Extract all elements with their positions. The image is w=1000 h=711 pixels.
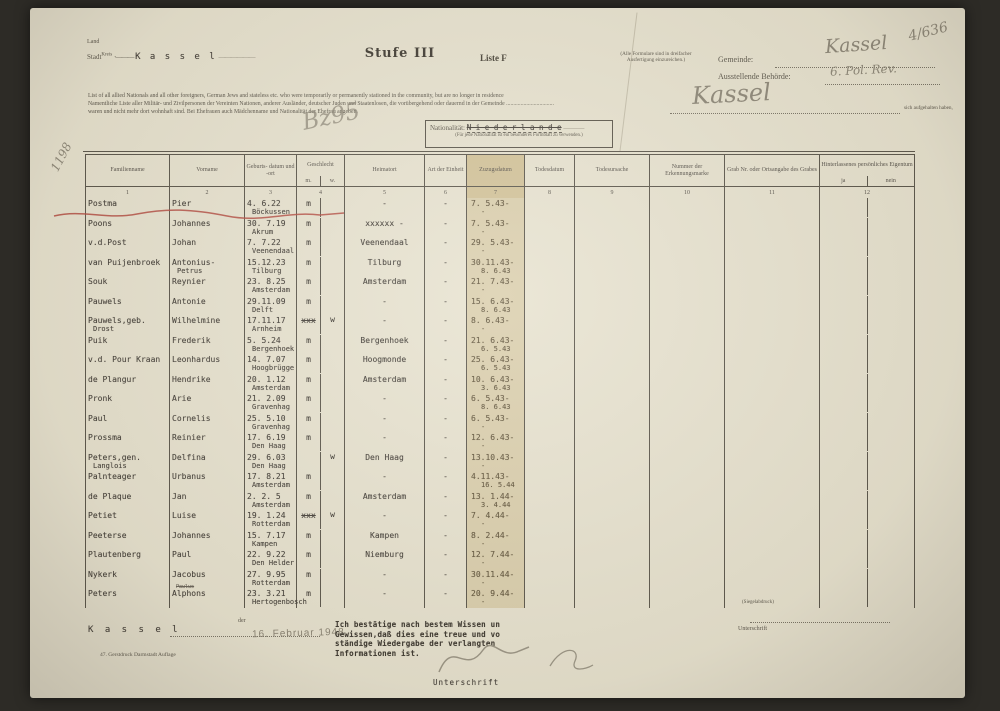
sex-subheader: m.w. bbox=[297, 176, 344, 186]
table-cell: Johan bbox=[170, 237, 245, 257]
sex-m-cell: m bbox=[297, 297, 320, 316]
table-cell bbox=[820, 491, 915, 511]
table-cell bbox=[820, 452, 915, 472]
table-cell: 2. 2. 5Amsterdam bbox=[245, 491, 297, 511]
table-cell bbox=[575, 432, 650, 452]
sex-w-cell: w bbox=[320, 452, 344, 471]
eigentum-ja-cell bbox=[820, 589, 867, 608]
column-number: 2 bbox=[170, 186, 244, 198]
column-number: 4 bbox=[297, 186, 344, 198]
table-cell: 17.11.17Arnheim bbox=[245, 315, 297, 335]
table-header-row: Familienname1Vorname2Geburts- datum und … bbox=[85, 154, 915, 198]
table-cell: 4.11.43-16. 5.44 bbox=[467, 471, 525, 491]
eigentum-nein-cell bbox=[867, 588, 915, 607]
table-cell bbox=[575, 354, 650, 374]
eigentum-nein-cell bbox=[867, 491, 915, 510]
table-cell: - bbox=[425, 569, 467, 589]
table-cell bbox=[725, 296, 820, 316]
table-cell bbox=[525, 569, 575, 589]
sex-m-cell: m bbox=[297, 277, 320, 296]
table-cell: - bbox=[425, 452, 467, 472]
table-cell: 6. 5.43-- bbox=[467, 413, 525, 433]
column-header-label: Art der Einheit bbox=[425, 155, 466, 186]
table-cell: van Puijenbroek bbox=[85, 257, 170, 277]
table-cell: - bbox=[345, 510, 425, 530]
column-header-2: Vorname2 bbox=[170, 155, 245, 198]
table-cell: 10. 6.43-3. 6.43 bbox=[467, 374, 525, 394]
subheader-label: ja bbox=[820, 176, 867, 186]
table-cell: - bbox=[425, 413, 467, 433]
table-cell: m bbox=[297, 569, 345, 589]
table-cell: Kampen bbox=[345, 530, 425, 550]
table-cell bbox=[725, 218, 820, 238]
table-cell bbox=[725, 491, 820, 511]
seal-note: (Siegelabdruck) bbox=[742, 600, 774, 605]
sex-w-cell: w bbox=[320, 510, 344, 529]
subheader-label: m. bbox=[297, 176, 320, 186]
table-cell bbox=[820, 257, 915, 277]
column-number: 5 bbox=[345, 186, 424, 198]
table-cell bbox=[650, 491, 725, 511]
table-cell bbox=[650, 276, 725, 296]
table-cell: 20. 1.12Amsterdam bbox=[245, 374, 297, 394]
table-cell: Paul bbox=[170, 549, 245, 569]
column-number: 1 bbox=[86, 186, 169, 198]
table-cell bbox=[820, 393, 915, 413]
table-cell bbox=[525, 510, 575, 530]
kreis-label: Kreis bbox=[101, 53, 112, 58]
table-cell: Plautenberg bbox=[85, 549, 170, 569]
table-cell bbox=[820, 549, 915, 569]
table-cell: Hendrike bbox=[170, 374, 245, 394]
city-typed: K a s s e l bbox=[135, 52, 217, 62]
table-cell: 21. 2.09Gravenhag bbox=[245, 393, 297, 413]
sex-w-cell bbox=[320, 491, 344, 510]
eigentum-nein-cell bbox=[867, 549, 915, 568]
table-cell: - bbox=[345, 393, 425, 413]
table-cell: 7. 4.44-- bbox=[467, 510, 525, 530]
sex-m-cell: m bbox=[297, 375, 320, 394]
table-cell: xxxw bbox=[297, 315, 345, 335]
table-cell: Hoogmonde bbox=[345, 354, 425, 374]
sex-m-cell: m bbox=[297, 394, 320, 413]
column-header-6: Art der Einheit6 bbox=[425, 155, 467, 198]
nationality-line: Nationalität: N i e d e r l a n d e ——— bbox=[430, 123, 608, 132]
table-cell: de Plangur bbox=[85, 374, 170, 394]
table-cell bbox=[575, 549, 650, 569]
table-cell: 13. 1.44-3. 4.44 bbox=[467, 491, 525, 511]
der-label: der bbox=[238, 618, 246, 624]
table-cell bbox=[575, 335, 650, 355]
paper-crease bbox=[619, 12, 637, 151]
table-cell: Johannes bbox=[170, 530, 245, 550]
eigentum-ja-cell bbox=[820, 316, 867, 335]
table-cell bbox=[575, 218, 650, 238]
column-header-3: Geburts- datum und -ort3 bbox=[245, 155, 297, 198]
table-cell bbox=[575, 491, 650, 511]
eigentum-nein-cell bbox=[867, 315, 915, 334]
table-cell: 25. 5.10Gravenhag bbox=[245, 413, 297, 433]
sex-w-cell bbox=[320, 257, 344, 276]
table-cell: m bbox=[297, 549, 345, 569]
column-number: 7 bbox=[467, 186, 524, 198]
table-cell: 8. 2.44-- bbox=[467, 530, 525, 550]
table-cell bbox=[575, 569, 650, 589]
table-cell: m bbox=[297, 588, 345, 608]
table-cell: 30.11.44-- bbox=[467, 569, 525, 589]
table-cell: Petiet bbox=[85, 510, 170, 530]
table-cell: - bbox=[425, 335, 467, 355]
table-cell: - bbox=[425, 315, 467, 335]
sex-m-cell: m bbox=[297, 238, 320, 257]
table-cell bbox=[650, 510, 725, 530]
table-cell bbox=[725, 471, 820, 491]
table-cell: - bbox=[425, 374, 467, 394]
column-header-8: Todesdatum8 bbox=[525, 155, 575, 198]
form-note-line2: Ausfertigung einzureichen.) bbox=[592, 57, 720, 63]
table-cell bbox=[725, 452, 820, 472]
eigentum-nein-cell bbox=[867, 452, 915, 471]
column-header-label: Heimatort bbox=[345, 155, 424, 186]
table-cell bbox=[820, 335, 915, 355]
table-cell bbox=[650, 452, 725, 472]
table-cell bbox=[650, 549, 725, 569]
sex-w-cell bbox=[320, 569, 344, 588]
table-cell: - bbox=[425, 588, 467, 608]
eigentum-nein-cell bbox=[867, 432, 915, 451]
table-cell: Antonie bbox=[170, 296, 245, 316]
sex-m-cell: m bbox=[297, 492, 320, 511]
eigentum-nein-cell bbox=[867, 393, 915, 412]
table-cell: Urbanus bbox=[170, 471, 245, 491]
eigentum-nein-cell bbox=[867, 354, 915, 373]
table-cell bbox=[725, 315, 820, 335]
column-header-label: Geschlecht bbox=[297, 155, 344, 176]
table-cell: - bbox=[425, 432, 467, 452]
column-number: 3 bbox=[245, 186, 296, 198]
land-label: Land bbox=[87, 39, 99, 45]
table-cell bbox=[820, 276, 915, 296]
subheader-label: nein bbox=[867, 176, 915, 186]
sex-w-cell bbox=[320, 374, 344, 393]
table-cell bbox=[725, 569, 820, 589]
table-cell bbox=[820, 530, 915, 550]
table-cell: - bbox=[425, 510, 467, 530]
table-row: PronkArie21. 2.09Gravenhagm--6. 5.43-8. … bbox=[85, 393, 915, 413]
column-header-5: Heimatort5 bbox=[345, 155, 425, 198]
table-cell bbox=[725, 374, 820, 394]
table-row: Peters,gen.LangloisDelfina29. 6.03Den Ha… bbox=[85, 452, 915, 472]
column-header-12: Hinterlassenes persönliches Eigentumjane… bbox=[820, 155, 915, 198]
eigentum-ja-cell bbox=[820, 355, 867, 374]
column-header-label: Todesursache bbox=[575, 155, 649, 186]
table-cell bbox=[725, 549, 820, 569]
table-cell bbox=[525, 588, 575, 608]
table-cell: - bbox=[425, 549, 467, 569]
table-cell: Bergenhoek bbox=[345, 335, 425, 355]
sex-m-cell: xxx bbox=[297, 511, 320, 530]
table-cell: 21. 7.43-- bbox=[467, 276, 525, 296]
table-cell: m bbox=[297, 530, 345, 550]
dash-filler: ——— bbox=[563, 124, 584, 132]
sex-w-cell bbox=[320, 549, 344, 568]
table-cell: 15. 7.17Kampen bbox=[245, 530, 297, 550]
sex-m-cell: m bbox=[297, 531, 320, 550]
table-cell bbox=[820, 296, 915, 316]
table-cell: v.d.Post bbox=[85, 237, 170, 257]
column-header-label: Familienname bbox=[86, 155, 169, 186]
sex-m-cell: m bbox=[297, 355, 320, 374]
table-cell bbox=[575, 315, 650, 335]
column-header-label: Nummer der Erkennungsmarke bbox=[650, 155, 724, 186]
table-row: ProssmaReinier17. 6.19Den Haagm--12. 6.4… bbox=[85, 432, 915, 452]
eigentum-nein-cell bbox=[867, 413, 915, 432]
table-cell bbox=[525, 315, 575, 335]
table-cell: Reinier bbox=[170, 432, 245, 452]
table-cell: - bbox=[345, 198, 425, 218]
table-cell: Arie bbox=[170, 393, 245, 413]
nationality-box: Nationalität: N i e d e r l a n d e ——— … bbox=[425, 120, 613, 148]
table-cell: 7. 5.43-- bbox=[467, 198, 525, 218]
table-cell: 15.12.23Tilburg bbox=[245, 257, 297, 277]
table-cell: Pauwels bbox=[85, 296, 170, 316]
eigentum-nein-cell bbox=[867, 374, 915, 393]
table-cell: 30.11.43-8. 6.43 bbox=[467, 257, 525, 277]
table-cell: m bbox=[297, 413, 345, 433]
table-cell: 29. 6.03Den Haag bbox=[245, 452, 297, 472]
table-cell: - bbox=[425, 198, 467, 218]
sex-w-cell bbox=[320, 237, 344, 256]
table-row: PauwelsAntonie29.11.09Delftm--15. 6.43-8… bbox=[85, 296, 915, 316]
table-cell bbox=[650, 198, 725, 218]
print-shop-note: 47. Gerstdruck Darmstadt Auflage bbox=[100, 652, 176, 658]
footer-place: K a s s e l bbox=[88, 625, 181, 635]
table-cell: Niemburg bbox=[345, 549, 425, 569]
table-cell bbox=[650, 335, 725, 355]
table-cell bbox=[575, 471, 650, 491]
table-cell: - bbox=[345, 471, 425, 491]
table-cell: 7. 7.22Veenendaal bbox=[245, 237, 297, 257]
dash-filler: —————— bbox=[218, 53, 254, 61]
table-cell: Delfina bbox=[170, 452, 245, 472]
table-cell: Nykerk bbox=[85, 569, 170, 589]
sex-w-cell: w bbox=[320, 315, 344, 334]
sex-m-cell bbox=[297, 453, 320, 472]
eigentum-nein-cell bbox=[867, 471, 915, 490]
table-cell bbox=[650, 237, 725, 257]
document-sheet: Land StadtKreis ·——— K a s s e l —————— … bbox=[30, 8, 965, 698]
table-cell bbox=[525, 296, 575, 316]
eigentum-ja-cell bbox=[820, 453, 867, 472]
table-cell: 22. 9.22Den Helder bbox=[245, 549, 297, 569]
column-header-9: Todesursache9 bbox=[575, 155, 650, 198]
behoerde-handwriting: 6. Pol. Rev. bbox=[830, 61, 898, 78]
table-cell bbox=[575, 413, 650, 433]
table-cell: 29. 5.43-- bbox=[467, 237, 525, 257]
table-cell bbox=[820, 432, 915, 452]
sex-m-cell: m bbox=[297, 550, 320, 569]
sex-m-cell: m bbox=[297, 570, 320, 589]
table-cell bbox=[575, 588, 650, 608]
table-cell bbox=[820, 510, 915, 530]
table-row: PalnteagerUrbanus17. 8.21Amsterdamm--4.1… bbox=[85, 471, 915, 491]
column-header-10: Nummer der Erkennungsmarke10 bbox=[650, 155, 725, 198]
table-cell bbox=[650, 471, 725, 491]
table-cell bbox=[820, 198, 915, 218]
column-number: 6 bbox=[425, 186, 466, 198]
unterschrift-label: Unterschrift bbox=[433, 678, 499, 687]
corner-number-handwriting: 4/636 bbox=[907, 19, 950, 44]
table-cell: - bbox=[345, 315, 425, 335]
residence-handwriting: Kassel bbox=[691, 78, 771, 110]
table-cell bbox=[650, 257, 725, 277]
table-cell bbox=[525, 257, 575, 277]
table-cell: 12. 7.44-- bbox=[467, 549, 525, 569]
table-cell: Amsterdam bbox=[345, 491, 425, 511]
table-cell bbox=[650, 432, 725, 452]
table-cell: AlphonsPaulus bbox=[170, 588, 245, 608]
table-cell bbox=[525, 471, 575, 491]
nationality-label: Nationalität: bbox=[430, 124, 465, 132]
table-cell: 15. 6.43-8. 6.43 bbox=[467, 296, 525, 316]
table-cell bbox=[525, 530, 575, 550]
table-cell: Pauwels,geb.Drost bbox=[85, 315, 170, 335]
table-cell bbox=[650, 296, 725, 316]
table-body: PostmaPier4. 6.22Böckussenm--7. 5.43--Po… bbox=[85, 198, 915, 608]
table-cell: Reynier bbox=[170, 276, 245, 296]
table-cell: m bbox=[297, 237, 345, 257]
table-cell: Souk bbox=[85, 276, 170, 296]
table-cell: Den Haag bbox=[345, 452, 425, 472]
sex-m-cell: m bbox=[297, 336, 320, 355]
residence-dotted-line bbox=[670, 112, 900, 114]
table-cell: 5. 5.24Bergenhoek bbox=[245, 335, 297, 355]
table-cell bbox=[650, 374, 725, 394]
table-row: v.d. Pour KraanLeonhardus14. 7.07Hoogbrü… bbox=[85, 354, 915, 374]
table-cell: Frederik bbox=[170, 335, 245, 355]
eigentum-ja-cell bbox=[820, 531, 867, 550]
table-cell: Antonius-Petrus bbox=[170, 257, 245, 277]
table-cell: Palnteager bbox=[85, 471, 170, 491]
column-header-11: Grab Nr. oder Ortsangabe des Grabes11 bbox=[725, 155, 820, 198]
column-number: 12 bbox=[820, 186, 914, 198]
table-cell: m bbox=[297, 354, 345, 374]
table-cell: m bbox=[297, 432, 345, 452]
table-cell: 13.10.43-- bbox=[467, 452, 525, 472]
table-cell: Prossma bbox=[85, 432, 170, 452]
eigentum-nein-cell bbox=[867, 198, 915, 217]
table-cell: 21. 6.43-6. 5.43 bbox=[467, 335, 525, 355]
eigentum-nein-cell bbox=[867, 276, 915, 295]
table-cell bbox=[725, 354, 820, 374]
sex-w-cell bbox=[320, 530, 344, 549]
eigentum-nein-cell bbox=[867, 257, 915, 276]
table-cell bbox=[525, 452, 575, 472]
table-cell: 17. 8.21Amsterdam bbox=[245, 471, 297, 491]
sex-w-cell bbox=[320, 471, 344, 490]
eigentum-ja-cell bbox=[820, 238, 867, 257]
table-cell bbox=[725, 393, 820, 413]
gemeinde-handwriting: Kassel bbox=[824, 32, 888, 58]
intro-line1: List of all allied Nationals and all oth… bbox=[88, 92, 940, 100]
table-cell: Leonhardus bbox=[170, 354, 245, 374]
table-cell bbox=[525, 374, 575, 394]
table-cell: Luise bbox=[170, 510, 245, 530]
nationality-note: (Für jede Nationalität ist ein besondere… bbox=[430, 133, 608, 138]
stadt-line: StadtKreis ·——— K a s s e l —————— bbox=[87, 52, 254, 62]
table-cell: - bbox=[425, 491, 467, 511]
sex-m-cell: m bbox=[297, 472, 320, 491]
table-cell bbox=[525, 549, 575, 569]
table-cell: 23. 3.21Hertogenbosch bbox=[245, 588, 297, 608]
table-cell bbox=[525, 218, 575, 238]
scanned-registry-document: { "colors": {"paper":"#e7e2cf","ink":"#4… bbox=[0, 0, 1000, 711]
table-row: SoukReynier23. 8.25AmsterdammAmsterdam-2… bbox=[85, 276, 915, 296]
table-row: PeeterseJohannes15. 7.17KampenmKampen-8.… bbox=[85, 530, 915, 550]
table-cell bbox=[525, 237, 575, 257]
table-cell bbox=[725, 335, 820, 355]
sex-m-cell: xxx bbox=[297, 316, 320, 335]
column-number: 9 bbox=[575, 186, 649, 198]
table-row: Pauwels,geb.DrostWilhelmine17.11.17Arnhe… bbox=[85, 315, 915, 335]
table-cell: m bbox=[297, 257, 345, 277]
table-cell: - bbox=[425, 296, 467, 316]
eigentum-nein-cell bbox=[867, 237, 915, 256]
column-header-1: Familienname1 bbox=[85, 155, 170, 198]
table-cell bbox=[575, 530, 650, 550]
table-cell bbox=[820, 315, 915, 335]
table-cell: Puik bbox=[85, 335, 170, 355]
table-cell bbox=[725, 257, 820, 277]
form-grade-title: Stufe III bbox=[330, 46, 470, 61]
table-cell: - bbox=[345, 432, 425, 452]
table-cell bbox=[820, 413, 915, 433]
sex-w-cell bbox=[320, 335, 344, 354]
table-cell bbox=[820, 218, 915, 238]
eigentum-ja-cell bbox=[820, 277, 867, 296]
eigentum-ja-cell bbox=[820, 433, 867, 452]
column-number: 11 bbox=[725, 186, 819, 198]
table-cell: - bbox=[345, 296, 425, 316]
table-cell bbox=[575, 276, 650, 296]
table-row: PetersAlphonsPaulus23. 3.21Hertogenbosch… bbox=[85, 588, 915, 608]
eigentum-nein-cell bbox=[867, 510, 915, 529]
table-row: van PuijenbroekAntonius-Petrus15.12.23Ti… bbox=[85, 257, 915, 277]
sex-w-cell bbox=[320, 276, 344, 295]
table-cell: - bbox=[425, 218, 467, 238]
table-cell: m bbox=[297, 335, 345, 355]
table-row: de PlangurHendrike20. 1.12AmsterdammAmst… bbox=[85, 374, 915, 394]
form-note: (Alle Formulare sind in dreifacher Ausfe… bbox=[592, 51, 720, 63]
column-header-label: Grab Nr. oder Ortsangabe des Grabes bbox=[725, 155, 819, 186]
table-cell: - bbox=[425, 393, 467, 413]
table-cell: - bbox=[425, 530, 467, 550]
table-cell bbox=[725, 413, 820, 433]
table-cell: m bbox=[297, 393, 345, 413]
eigentum-nein-cell bbox=[867, 296, 915, 315]
column-number: 8 bbox=[525, 186, 574, 198]
table-row: PlautenbergPaul22. 9.22Den HeldermNiembu… bbox=[85, 549, 915, 569]
table-cell: m bbox=[297, 296, 345, 316]
eigentum-subheader: janein bbox=[820, 176, 914, 186]
column-header-label: Hinterlassenes persönliches Eigentum bbox=[820, 155, 914, 176]
table-cell bbox=[820, 588, 915, 608]
table-row: PetietLuise19. 1.24Rotterdamxxxw--7. 4.4… bbox=[85, 510, 915, 530]
table-cell bbox=[820, 471, 915, 491]
table-cell: Peeterse bbox=[85, 530, 170, 550]
table-cell bbox=[575, 257, 650, 277]
sex-w-cell bbox=[320, 393, 344, 412]
